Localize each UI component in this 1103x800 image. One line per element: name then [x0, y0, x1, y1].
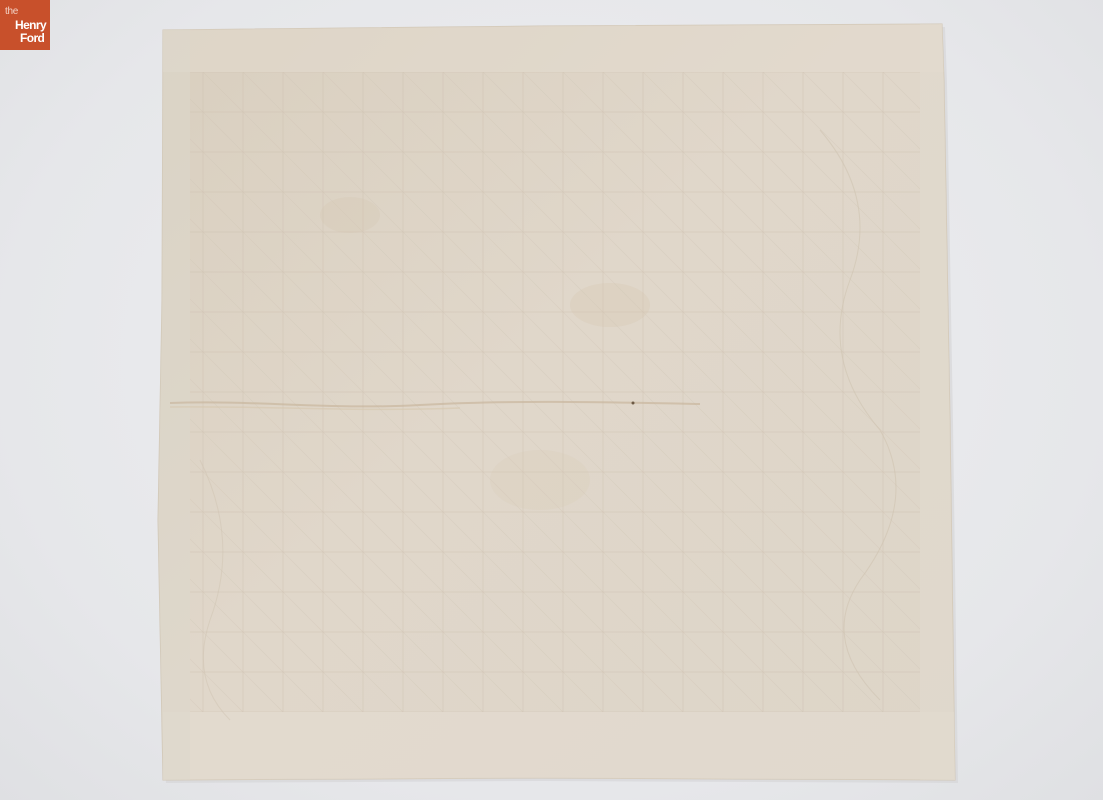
- henry-ford-logo: the Henry Ford: [0, 0, 50, 50]
- logo-text-ford: Ford: [20, 32, 44, 44]
- quilt-photo: [0, 0, 1103, 800]
- logo-text-henry: Henry: [15, 19, 46, 31]
- logo-text-the: the: [5, 7, 18, 17]
